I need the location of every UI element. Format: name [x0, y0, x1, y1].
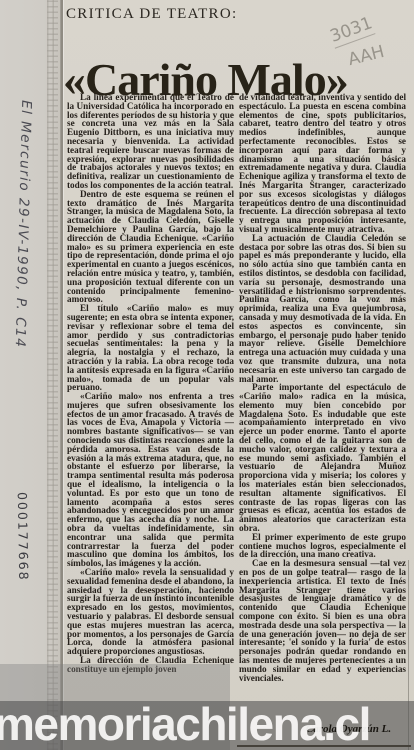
article-paragraph: El primer experimento de este grupo cont…: [239, 533, 406, 559]
perforation-texture: [47, 0, 58, 750]
article-paragraph: de vitalidad teatral, inventiva y sentid…: [239, 93, 406, 234]
article-paragraph: «Cariño malo» nos enfrenta a tres mujere…: [67, 392, 234, 568]
handwritten-catalog-number: 000177668: [15, 492, 32, 632]
newspaper-clipping-scan: El Mercurio 29-IV-1990, P. C14 000177668…: [0, 0, 414, 750]
article-paragraph: La actuación de Claudia Celedón se desta…: [239, 234, 406, 384]
section-kicker: CRITICA DE TEATRO:: [66, 6, 237, 23]
article-paragraph: Cae en la desmesura sensual —tal vez en …: [239, 559, 406, 682]
handwritten-corner-code: 3031: [328, 13, 376, 48]
article-paragraph: La línea experimental que el Teatro de l…: [67, 93, 234, 190]
article-paragraph: Dentro de este esquema se reúnen el text…: [67, 190, 234, 304]
clipping-edge-line: [61, 0, 63, 750]
article-paragraph: Parte importante del espectáculo de «Car…: [239, 383, 406, 533]
article-paragraph: «Cariño malo» revela la sensualidad y se…: [67, 568, 234, 656]
article-paragraph: El título «Cariño malo» es muy sugerente…: [67, 304, 234, 392]
article-right-column: de vitalidad teatral, inventiva y sentid…: [239, 93, 406, 682]
memoriachilena-watermark: memoriachilena.cl: [0, 699, 414, 749]
article-left-column: La línea experimental que el Teatro de l…: [67, 93, 234, 674]
